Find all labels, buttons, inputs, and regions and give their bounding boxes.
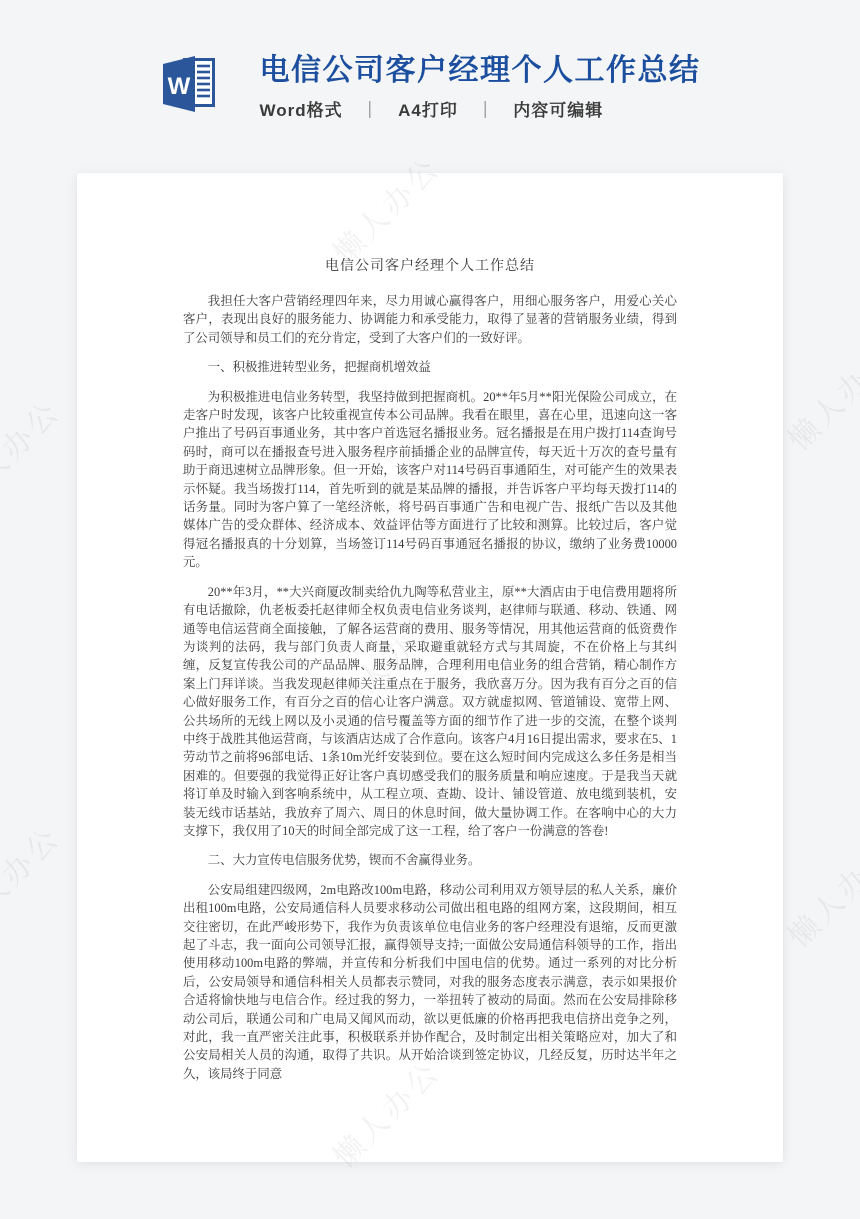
document-paragraph: 公安局组建四级网，2m电路改100m电路，移动公司利用双方领导层的私人关系，廉价… <box>183 881 677 1083</box>
separator-bar: ｜ <box>361 101 379 120</box>
document-paragraph: 我担任大客户营销经理四年来，尽力用诚心赢得客户，用细心服务客户，用爱心关心客户，… <box>183 292 677 347</box>
format-info: Word格式 ｜ A4打印 ｜ 内容可编辑 <box>260 96 701 121</box>
format-badge-word: Word格式 <box>260 101 343 120</box>
document-page: 电信公司客户经理个人工作总结 我担任大客户营销经理四年来，尽力用诚心赢得客户，用… <box>77 173 783 1162</box>
format-badge-a4: A4打印 <box>398 101 458 120</box>
separator-bar: ｜ <box>477 101 495 120</box>
document-title: 电信公司客户经理个人工作总结 <box>183 255 677 275</box>
page-title: 电信公司客户经理个人工作总结 <box>260 52 701 90</box>
header-text: 电信公司客户经理个人工作总结 Word格式 ｜ A4打印 ｜ 内容可编辑 <box>260 52 701 121</box>
document-paragraph: 20**年3月，**大兴商厦改制卖给仇九陶等私营业主，原**大酒店由于电信费用题… <box>183 583 677 841</box>
word-icon-letter: W <box>167 73 190 100</box>
document-paragraph: 为积极推进电信业务转型，我坚持做到把握商机。20**年5月**阳光保险公司成立，… <box>183 388 677 572</box>
page-canvas: W 电信公司客户经理个人工作总结 Word格式 ｜ A4打印 ｜ 内容可编辑 电… <box>0 0 860 1219</box>
document-heading-2: 二、大力宣传电信服务优势，锲而不舍赢得业务。 <box>183 851 677 869</box>
word-document-icon: W <box>160 52 218 114</box>
header: W 电信公司客户经理个人工作总结 Word格式 ｜ A4打印 ｜ 内容可编辑 <box>0 0 860 121</box>
format-badge-editable: 内容可编辑 <box>513 101 603 120</box>
document-heading-1: 一、积极推进转型业务，把握商机增效益 <box>183 358 677 376</box>
